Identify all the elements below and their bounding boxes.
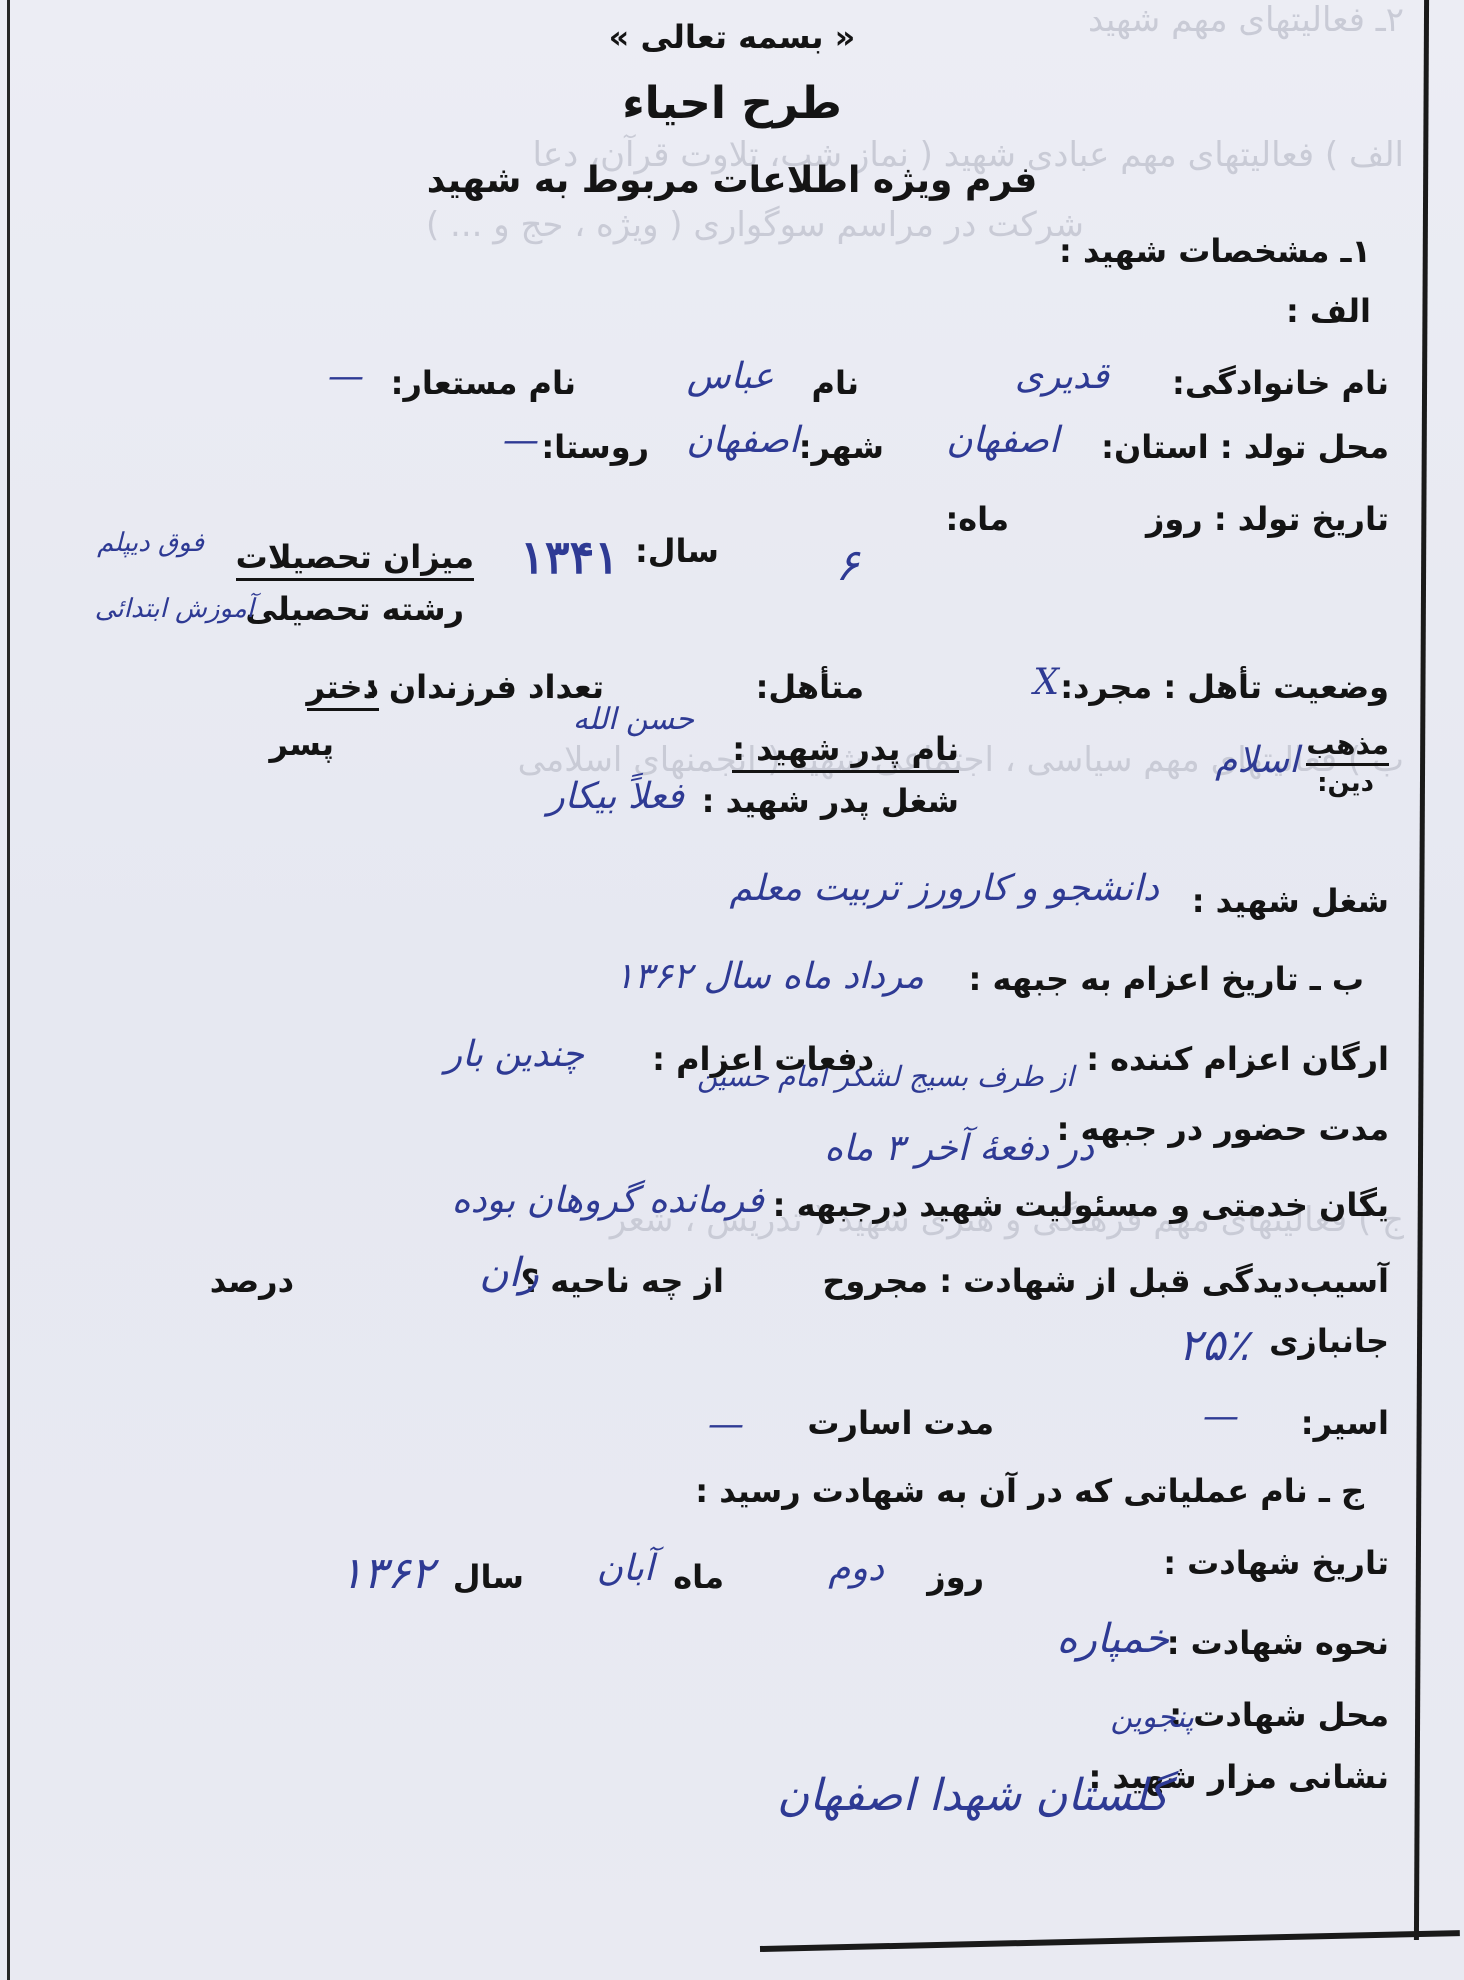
father-job-value[interactable]: فعلاً بیکار [547, 776, 684, 817]
sub-section-a: الف : [1286, 292, 1371, 330]
bleed-through-text: شرکت در مراسم سوگواری ( ویژه ، حج و ... … [426, 205, 1084, 245]
birth-province-label: محل تولد : استان: [1101, 428, 1389, 466]
single-label: وضعیت تأهل : مجرد: [1060, 668, 1389, 706]
birth-city-value[interactable]: اصفهان [686, 420, 799, 461]
captive-label: اسیر: [1301, 1404, 1389, 1442]
dispatch-date-label: ب ـ تاریخ اعزام به جبهه : [969, 960, 1365, 998]
martyrdom-year-value[interactable]: ۱۳۶۲ [339, 1548, 434, 1599]
first-name-label: نام [812, 364, 859, 402]
project-title: طرح احیاء [0, 78, 1464, 129]
sect-label: مذهب [1306, 728, 1389, 766]
education-field-label: رشته تحصیلی [245, 590, 464, 628]
captivity-duration-value[interactable]: — [708, 1404, 744, 1445]
form-title: فرم ویژه اطلاعات مربوط به شهید [0, 160, 1464, 201]
page-border-left [7, 0, 10, 1980]
birth-month-label: ماه: [945, 500, 1009, 538]
son-label: پسر [270, 725, 334, 763]
education-level-value[interactable]: فوق دیپلم [97, 528, 204, 558]
scanned-form-page: ۲ـ فعالیتهای مهم شهید الف ) فعالیتهای مه… [0, 0, 1464, 1980]
alias-value[interactable]: — [328, 356, 364, 397]
father-name-value[interactable]: حسن الله [573, 702, 694, 737]
martyrdom-place-label: محل شهادت : [1169, 1696, 1389, 1734]
martyrdom-day-label: روز [927, 1558, 984, 1596]
front-duration-label: مدت حضور در جبهه : [1057, 1110, 1389, 1148]
injury-region-label: از چه ناحیه ؟ [521, 1262, 724, 1300]
martyrdom-month-value[interactable]: آبان [597, 1548, 654, 1589]
dispatch-count-value[interactable]: چندین بار [445, 1034, 584, 1075]
education-level-label: میزان تحصیلات [236, 538, 474, 581]
martyr-job-value[interactable]: دانشجو و کارورز تربیت معلم [730, 868, 1159, 909]
injury-percent-label: درصد [210, 1262, 294, 1300]
page-border-right [1414, 0, 1429, 1940]
birth-village-value[interactable]: — [503, 420, 539, 461]
operation-label: ج ـ نام عملیاتی که در آن به شهادت رسید : [695, 1472, 1364, 1510]
religion-label: دین: [1317, 768, 1374, 798]
dispatch-count-label: دفعات اعزام : [652, 1040, 874, 1078]
grave-address-value[interactable]: گلستان شهدا اصفهان [777, 1770, 1169, 1821]
captivity-duration-label: مدت اسارت [807, 1404, 994, 1442]
married-label: متأهل: [756, 668, 864, 706]
father-job-label: شغل پدر شهید : [702, 782, 959, 820]
birth-day-label: تاریخ تولد : روز [1146, 500, 1389, 538]
daughter-label: دختر [307, 668, 379, 711]
martyrdom-year-label: سال [453, 1558, 524, 1596]
family-name-label: نام خانوادگی: [1172, 364, 1389, 402]
education-field-value[interactable]: آموزش ابتدائی [95, 594, 254, 624]
section-1-title: ۱ـ مشخصات شهید : [1059, 232, 1371, 270]
page-border-bottom [760, 1930, 1460, 1952]
martyrdom-date-label: تاریخ شهادت : [1163, 1544, 1389, 1582]
dispatching-org-label: ارگان اعزام کننده : [1086, 1040, 1389, 1078]
unit-role-label: یگان خدمتی و مسئولیت شهید درجبهه : [773, 1186, 1389, 1224]
dispatch-date-value[interactable]: مرداد ماه سال ۱۳۶۲ [615, 956, 924, 997]
birth-month-value[interactable]: ۶ [835, 540, 859, 591]
first-name-value[interactable]: عباس [687, 356, 774, 397]
martyrdom-place-value[interactable]: پنجوین [1111, 1700, 1194, 1735]
front-duration-value[interactable]: در دفعهٔ آخر ۳ ماه [824, 1128, 1094, 1169]
children-label: تعداد فرزندان : [365, 668, 604, 706]
martyrdom-manner-label: نحوه شهادت : [1167, 1624, 1389, 1662]
veteran-percent-value[interactable]: ۲۵٪ [1178, 1320, 1249, 1371]
martyrdom-month-label: ماه [673, 1558, 724, 1596]
unit-role-value[interactable]: فرمانده گروهان بوده [452, 1180, 764, 1221]
birth-year-value[interactable]: ۱۳۴۱ [520, 530, 619, 584]
father-name-label: نام پدر شهید : [732, 730, 959, 773]
family-name-value[interactable]: قدیری [1015, 356, 1109, 397]
injury-label: آسیب‌دیدگی قبل از شهادت : مجروح [822, 1262, 1389, 1300]
captive-value[interactable]: — [1203, 1396, 1239, 1437]
martyr-job-label: شغل شهید : [1192, 882, 1389, 920]
veteran-label: جانبازی [1269, 1322, 1389, 1360]
alias-label: نام مستعار: [391, 364, 576, 402]
birth-village-label: روستا: [541, 428, 649, 466]
bismillah-heading: « بسمه تعالی » [0, 18, 1464, 56]
single-value[interactable]: X [1033, 662, 1059, 703]
injury-region-value[interactable]: ران [479, 1250, 539, 1296]
martyrdom-manner-value[interactable]: خمپاره [1057, 1616, 1169, 1662]
religion-value[interactable]: اسلام [1215, 740, 1299, 781]
birth-year-label: سال: [635, 532, 719, 570]
birth-city-label: شهر: [799, 428, 884, 466]
birth-province-value[interactable]: اصفهان [946, 420, 1059, 461]
martyrdom-day-value[interactable]: دوم [828, 1548, 884, 1589]
